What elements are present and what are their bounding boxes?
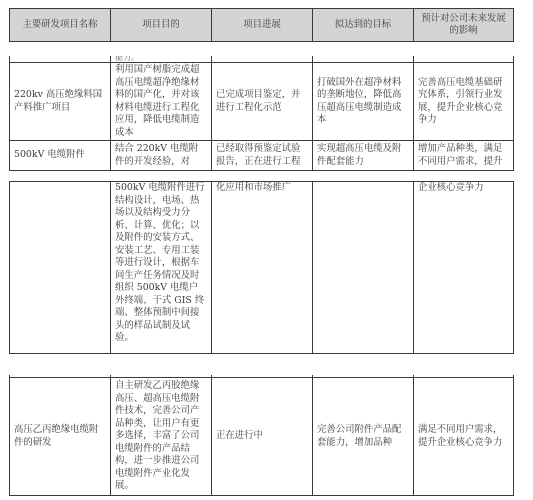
rd-projects-table-part2: 500kV 电缆附件进行结构设计，电场、热场以及结构受力分析、计算、优化；以及附…: [9, 181, 514, 354]
header-project-purpose: 项目目的: [111, 9, 212, 42]
project-name-cell: 220kv 高压绝缘料国产料推广项目: [10, 63, 111, 141]
project-target-cell: 完善公司附件产品配套能力，增加品种: [313, 378, 414, 496]
project-impact-cell: 完善高压电缆基础研究体系，引领行业发展，提升企业核心竞争力: [414, 63, 514, 141]
project-purpose-cell: 利用国产树脂完成超高压电缆超净绝缘材料的国产化，并对该材料电缆进行工程化应用，降…: [111, 63, 212, 141]
project-target-cell: 打破国外在超净材料的垄断地位，降低高压超高压电缆制造成本: [313, 63, 414, 141]
project-name-cell: 高压乙丙绝缘电缆附件的研发: [10, 378, 111, 496]
table-row: 高压乙丙绝缘电缆附件的研发 自主研发乙丙胶绝缘高压、超高压电缆附件技术，完善公司…: [10, 378, 514, 496]
table-row: 220kv 高压绝缘料国产料推广项目 利用国产树脂完成超高压电缆超净绝缘材料的国…: [10, 63, 514, 141]
project-name-cell: [10, 182, 111, 354]
table-header-row: 主要研发项目名称 项目目的 项目进展 拟达到的目标 预计对公司未来发展的影响: [10, 9, 514, 42]
project-impact-cell: 满足不同用户需求，提升企业核心竞争力: [414, 378, 514, 496]
project-target-cell: [313, 182, 414, 354]
project-purpose-cell: 结合 220kV 电缆附件的开发经验，对: [111, 141, 212, 171]
project-name-cell: 500kV 电缆附件: [10, 141, 111, 171]
cut-text: 能力。: [115, 56, 207, 62]
table-row: 500kV 电缆附件 结合 220kV 电缆附件的开发经验，对 已经取得预鉴定试…: [10, 141, 514, 171]
rd-projects-table-part3: 高压乙丙绝缘电缆附件的研发 自主研发乙丙胶绝缘高压、超高压电缆附件技术，完善公司…: [9, 375, 514, 496]
header-target: 拟达到的目标: [313, 9, 414, 42]
project-impact-cell: 增加产品种类，满足不同用户需求，提升: [414, 141, 514, 171]
rd-projects-table-part1: 主要研发项目名称 项目目的 项目进展 拟达到的目标 预计对公司未来发展的影响: [9, 8, 514, 42]
project-impact-cell: 企业核心竞争力: [414, 182, 514, 354]
project-purpose-cell: 500kV 电缆附件进行结构设计，电场、热场以及结构受力分析、计算、优化；以及附…: [111, 182, 212, 354]
table-row: 500kV 电缆附件进行结构设计，电场、热场以及结构受力分析、计算、优化；以及附…: [10, 182, 514, 354]
header-project-progress: 项目进展: [212, 9, 313, 42]
project-progress-cell: 正在进行中: [212, 378, 313, 496]
project-progress-cell: 已经取得预鉴定试验报告，正在进行工程: [212, 141, 313, 171]
project-target-cell: 实现超高压电缆及附件配套能力: [313, 141, 414, 171]
rd-projects-table-part1-body: 能力。 220kv 高压绝缘料国产料推广项目 利用国产树脂完成超高压电缆超净绝缘…: [9, 56, 514, 171]
header-impact: 预计对公司未来发展的影响: [414, 9, 514, 42]
project-purpose-cell: 自主研发乙丙胶绝缘高压、超高压电缆附件技术，完善公司产品种类，让用户有更多选择，…: [111, 378, 212, 496]
project-progress-cell: 化应用和市场推广: [212, 182, 313, 354]
header-project-name: 主要研发项目名称: [10, 9, 111, 42]
project-progress-cell: 已完成项目鉴定，并进行工程化示范: [212, 63, 313, 141]
